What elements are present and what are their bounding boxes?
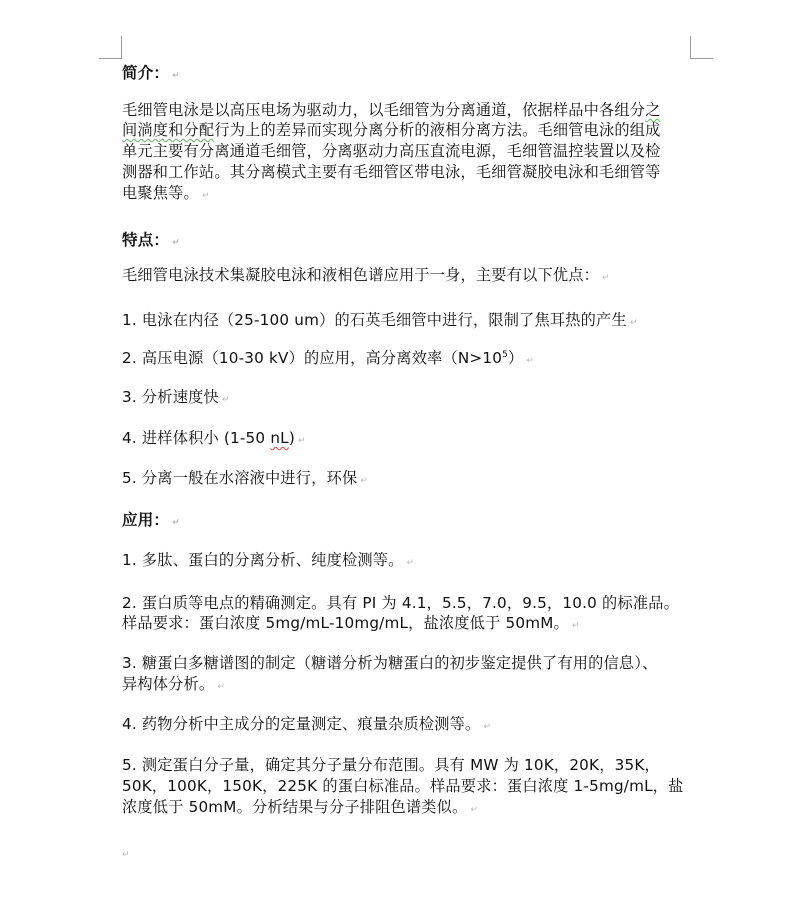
paragraph-mark: ↵ — [172, 238, 180, 248]
section-heading-applications: 应用：↵ — [122, 510, 180, 533]
paragraph-mark: ↵ — [122, 850, 130, 860]
paragraph-mark: ↵ — [602, 273, 610, 283]
paragraph-mark: ↵ — [470, 805, 478, 815]
paragraph-mark: ↵ — [172, 71, 180, 81]
application-item-continuation: 50K，100K，150K，225K 的蛋白标准品。样品要求：蛋白浓度 1-5m… — [122, 776, 684, 796]
paragraph-mark: ↵ — [407, 558, 415, 568]
intro-paragraph-line: 毛细管电泳是以高压电场为驱动力，以毛细管为分离通道，依据样品中各组分之 — [122, 100, 661, 120]
application-item-continuation: 浓度低于 50mM。分析结果与分子排阻色谱类似。↵ — [122, 797, 478, 820]
feature-item: 4. 进样体积小 (1-50 nL)↵ — [122, 428, 306, 451]
feature-item: 2. 高压电源（10-30 kV）的应用，高分离效率（N>105）↵ — [122, 348, 534, 371]
section-heading-features: 特点：↵ — [122, 230, 180, 253]
paragraph-mark: ↵ — [360, 476, 368, 486]
application-item: 4. 药物分析中主成分的定量测定、痕量杂质检测等。↵ — [122, 714, 491, 737]
application-item: 2. 蛋白质等电点的精确测定。具有 PI 为 4.1，5.5，7.0，9.5，1… — [122, 593, 679, 613]
section-heading-intro: 简介：↵ — [122, 63, 180, 86]
feature-item: 1. 电泳在内径（25-100 um）的石英毛细管中进行，限制了焦耳热的产生↵ — [122, 310, 638, 333]
margin-corner-mark-top-right — [690, 36, 713, 59]
grammar-flag[interactable]: 间淌度和分配 — [122, 121, 214, 139]
application-item: 1. 多肽、蛋白的分离分析、纯度检测等。↵ — [122, 550, 414, 573]
paragraph-mark: ↵ — [202, 191, 210, 201]
application-item-continuation: 样品要求：蛋白浓度 5mg/mL-10mg/mL，盐浓度低于 50mM。↵ — [122, 613, 580, 636]
intro-paragraph-line: 电聚焦等。↵ — [122, 183, 210, 206]
paragraph-mark: ↵ — [572, 621, 580, 631]
application-item: 5. 测定蛋白分子量，确定其分子量分布范围。具有 MW 为 10K，20K，35… — [122, 755, 660, 775]
paragraph-mark: ↵ — [526, 356, 534, 366]
paragraph-mark: ↵ — [172, 518, 180, 528]
grammar-flag[interactable]: 之 — [645, 101, 660, 119]
paragraph-mark: ↵ — [630, 318, 638, 328]
margin-corner-mark-top-left — [99, 36, 122, 59]
paragraph-mark: ↵ — [298, 436, 306, 446]
intro-paragraph-line: 间淌度和分配行为上的差异而实现分离分析的液相分离方法。毛细管电泳的组成 — [122, 120, 661, 140]
feature-item: 5. 分离一般在水溶液中进行，环保↵ — [122, 468, 368, 491]
feature-item: 3. 分析速度快↵ — [122, 387, 230, 410]
intro-paragraph-line: 测器和工作站。其分离模式主要有毛细管区带电泳，毛细管凝胶电泳和毛细管等 — [122, 162, 661, 182]
application-item: 3. 糖蛋白多糖谱图的制定（糖谱分析为糖蛋白的初步鉴定提供了有用的信息）、 — [122, 653, 658, 673]
paragraph-mark: ↵ — [217, 682, 225, 692]
document-page[interactable]: 简介：↵ 毛细管电泳是以高压电场为驱动力，以毛细管为分离通道，依据样品中各组分之… — [0, 0, 802, 900]
paragraph-mark: ↵ — [222, 395, 230, 405]
intro-paragraph-line: 单元主要有分离通道毛细管，分离驱动力高压直流电源，毛细管温控装置以及检 — [122, 141, 661, 161]
empty-paragraph[interactable]: ↵ — [122, 842, 130, 865]
application-item-continuation: 异构体分析。↵ — [122, 674, 225, 697]
spelling-flag[interactable]: nL — [270, 429, 289, 447]
features-intro: 毛细管电泳技术集凝胶电泳和液相色谱应用于一身，主要有以下优点：↵ — [122, 265, 610, 288]
paragraph-mark: ↵ — [483, 722, 491, 732]
